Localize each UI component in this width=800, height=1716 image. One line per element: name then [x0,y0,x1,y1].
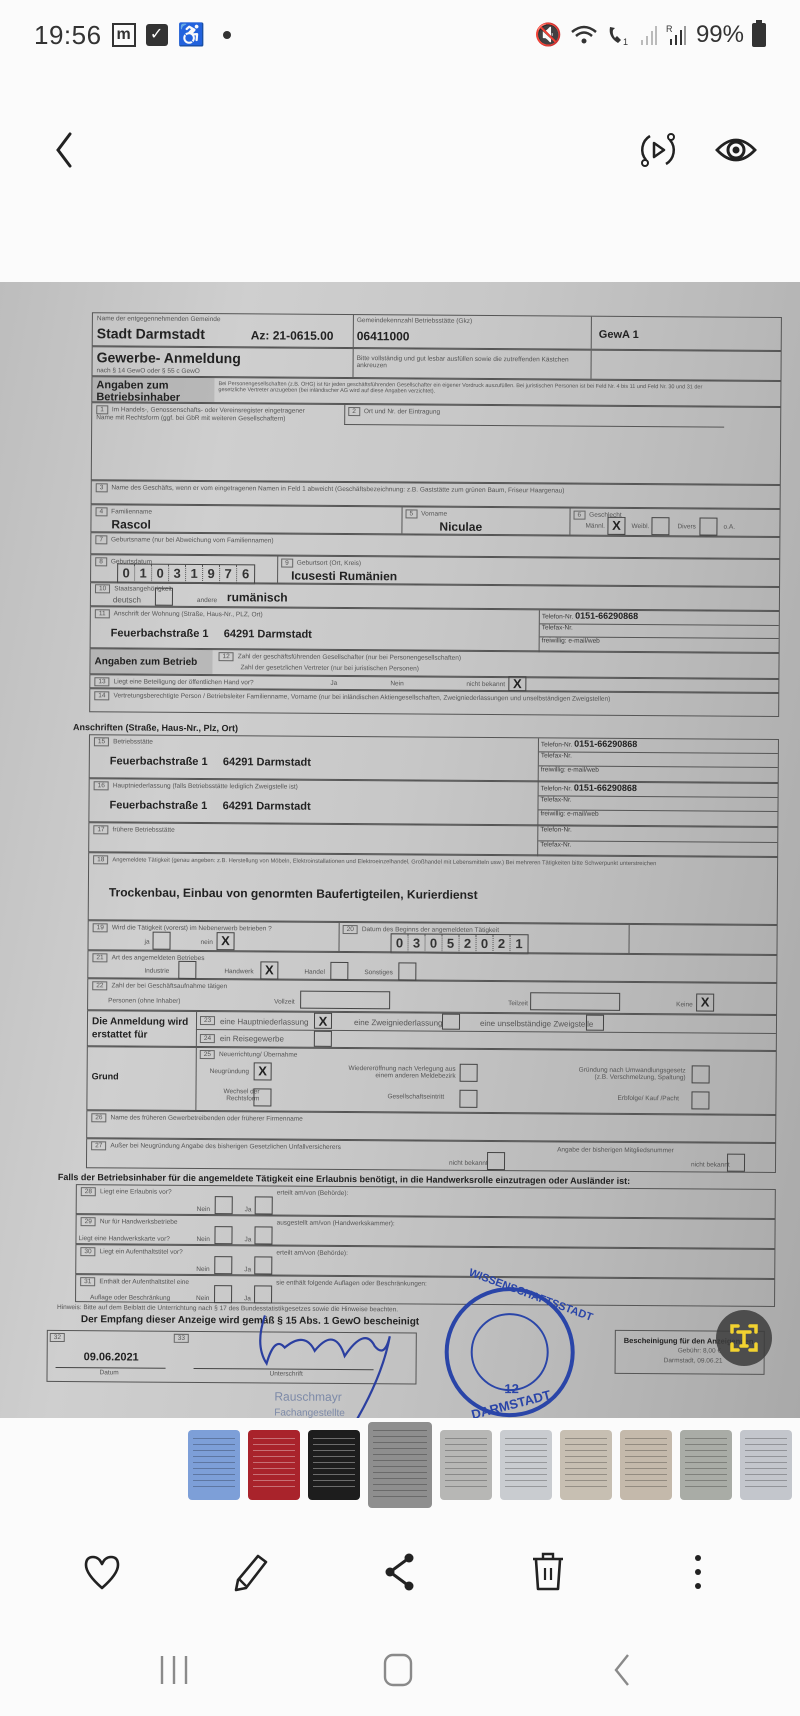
date-digit: 7 [220,565,237,583]
home-address: Feuerbachstraße 1 64291 Darmstadt [111,627,312,640]
residence-issued-label: erteilt am/von (Behörde): [276,1250,348,1257]
mute-vibrate-icon: 🔇 [535,22,562,48]
wifi-calling-icon: 1 [606,23,632,47]
thumbnail-strip[interactable] [0,1428,800,1508]
conversion-law-label: Gründung nach Umwandlungsgesetz (z.B. Ve… [576,1067,686,1082]
addresses-header: Anschriften (Straße, Haus-Nr., Plz, Ort) [73,722,238,733]
field-12-label-a: Zahl der geschäftsführenden Gesellschaft… [238,653,461,662]
date-digit: 0 [118,564,135,582]
date-digit: 2 [459,935,476,953]
member-unknown-label: nicht bekannt [691,1161,730,1168]
date-digit: 2 [493,935,510,953]
field-32-number: 32 [50,1333,65,1342]
svg-text:1: 1 [623,37,628,47]
reason-label: Grund [92,1071,119,1081]
thumbnail-content [313,1438,355,1492]
thumbnail-3[interactable] [308,1430,360,1500]
field-17-label: frühere Betriebsstätte [113,826,175,833]
remaster-icon [636,128,680,172]
file-reference: Az: 21-0615.00 [251,328,334,343]
public-no-label: Nein [390,680,403,687]
thumbnail-7[interactable] [560,1430,612,1500]
system-back-button[interactable] [602,1652,642,1688]
date-digit: 9 [203,565,220,583]
permit-no-checkbox[interactable] [215,1196,233,1214]
dependent-branch-checkbox[interactable] [586,1015,604,1031]
thumbnail-1[interactable] [188,1430,240,1500]
field-19-label: Wird die Tätigkeit (vorerst) im Nebenerw… [112,924,272,932]
eye-icon [714,128,758,172]
parttime-label: Teilzeit [508,1000,528,1007]
none-label: Keine [676,1001,693,1008]
inheritance-checkbox[interactable] [691,1091,709,1109]
thumbnail-content [745,1438,787,1492]
checkbox-app-icon: ✓ [146,24,168,46]
residence-yes-label: Ja [244,1266,251,1273]
field-3-label: Name des Geschäfts, wenn er vom eingetra… [111,484,564,494]
certificate-fee: Gebühr: 8,00 € [678,1347,721,1354]
birth-date: 01031976 [117,563,255,584]
phone-label: Telefon-Nr. [538,826,777,843]
public-unknown-label: nicht bekannt [466,681,505,688]
view-button[interactable] [714,128,758,172]
sideline-no-checkbox[interactable]: X [216,932,234,950]
field-30-label: Liegt ein Aufenthaltstitel vor? [100,1248,183,1256]
system-navigation-bar [0,1640,800,1700]
date-digit: 6 [237,565,254,583]
thumbnail-2[interactable] [248,1430,300,1500]
fill-hint: Bitte vollständig und gut lesbar ausfüll… [357,355,587,371]
field-1-label: Im Handels-, Genossenschafts- oder Verei… [96,406,305,422]
registration-for-label: Die Anmeldung wird erstattet für [92,1015,192,1042]
gender-na-label: o.A. [723,524,735,531]
remaster-button[interactable] [636,128,680,172]
field-12-label-b: Zahl der gesetzlichen Vertreter (nur bei… [240,664,419,672]
hq-phone: 0151-66290868 [574,783,637,793]
back-icon [42,128,86,172]
field-2-label: Ort und Nr. der Eintragung [364,408,440,416]
thumbnail-5[interactable] [440,1430,492,1500]
hq-address: Feuerbachstraße 1 64291 Darmstadt [109,799,310,812]
field-33-number: 33 [174,1334,189,1343]
recents-icon [154,1652,194,1688]
viewer-toolbar [0,110,800,190]
action-bar [0,1540,800,1600]
member-unknown-checkbox[interactable] [727,1154,745,1172]
svg-text:R: R [666,24,673,34]
back-button[interactable] [42,128,86,172]
owner-section-title: Angaben zum Betriebsinhaber [96,379,206,404]
heart-icon [80,1550,124,1594]
type-other-checkbox[interactable] [398,962,416,980]
more-options-button[interactable] [676,1550,720,1594]
municipality-label: Name der entgegennehmenden Gemeinde [97,315,221,323]
m-app-icon: m [112,23,136,47]
type-industry-label: Industrie [144,968,169,975]
field-5-label: Vorname [421,511,447,518]
business-address: Feuerbachstraße 1 64291 Darmstadt [110,755,311,768]
public-yes-label: Ja [330,680,337,687]
owner-note: Bei Personengesellschaften (z.B. OHG) is… [218,381,718,396]
conversion-law-checkbox[interactable] [692,1065,710,1083]
form-id: GewA 1 [599,329,639,341]
surname: Rascol [111,517,150,531]
field-11-label: Anschrift der Wohnung (Straße, Haus-Nr.,… [114,610,263,618]
date-digit: 3 [169,565,186,583]
gewerbe-anmeldung-form: Name der entgegennehmenden Gemeinde Stad… [54,304,792,1418]
trash-icon [526,1550,570,1594]
municipality-key-label: Gemeindekennzahl Betriebsstätte (Gkz) [357,317,472,325]
sideline-no-label: nein [201,939,213,946]
legal-form-change-checkbox[interactable] [253,1088,271,1106]
insurer-unknown-checkbox[interactable] [487,1152,505,1170]
branch-checkbox[interactable] [442,1014,460,1030]
restrictions-issued-label: sie enthält folgende Auflagen oder Besch… [276,1280,427,1288]
phone-label: Telefon-Nr. [541,785,572,792]
certificate-place-date: Darmstadt, 09.06.21 [664,1357,723,1364]
crafts-card-issued-label: ausgestellt am/von (Handwerkskammer): [277,1220,395,1228]
itinerant-trade-checkbox[interactable] [314,1031,332,1047]
employees-persons-label: Personen (ohne Inhaber) [108,997,180,1005]
field-25-label: Neuerrichtung/ Übernahme [219,1051,297,1059]
field-31-label: Enthält der Aufenthaltstitel eine [99,1278,189,1286]
parttime-count-field[interactable] [530,992,620,1011]
sideline-yes-label: ja [145,939,150,946]
fulltime-count-field[interactable] [300,991,390,1010]
date-digit: 1 [186,565,203,583]
home-phone: 0151-66290868 [575,611,638,621]
date-digit: 1 [135,565,152,583]
status-bar: 19:56 m ✓ ♿ 🔇 1 R 99% [0,0,800,70]
branch-label: eine Zweigniederlassung [354,1018,443,1028]
field-22-label: Zahl der bei Geschäftsaufnahme tätigen [111,982,227,990]
activity: Trockenbau, Einbau von genormten Baufert… [109,885,478,902]
first-name: Niculae [439,520,482,534]
home-icon [378,1652,418,1688]
permit-yes-checkbox[interactable] [255,1196,273,1214]
type-industry-checkbox[interactable] [178,961,196,979]
public-unknown-checkbox[interactable]: X [508,676,526,691]
gender-male-checkbox[interactable]: X [607,517,625,535]
residence-no-label: Nein [196,1266,209,1273]
date-digit: 1 [510,935,527,953]
none-checkbox[interactable]: X [696,993,714,1011]
field-9-label: Geburtsort (Ort, Kreis) [297,560,361,567]
recents-button[interactable] [154,1652,194,1688]
back-icon [602,1652,642,1688]
date-digit: 0 [425,935,442,953]
reopening-checkbox[interactable] [460,1064,478,1082]
residence-no-checkbox[interactable] [214,1256,232,1274]
signal-icon [640,23,658,47]
birth-place: Icusesti Rumänien [291,569,397,584]
thumbnail-content [505,1438,547,1492]
municipality: Stadt Darmstadt [97,325,205,342]
main-branch-checkbox[interactable]: X [314,1013,332,1029]
favorite-button[interactable] [80,1550,124,1594]
date-digit: 0 [152,565,169,583]
share-icon [378,1550,422,1594]
more-vert-icon [676,1550,720,1594]
type-other-label: Sonstiges [364,969,393,976]
field-28-label: Liegt eine Erlaubnis vor? [100,1188,172,1195]
crafts-no-checkbox[interactable] [214,1226,232,1244]
thumbnail-content [625,1438,667,1492]
email-label: freiwillig: e-mail/web [539,766,778,782]
reopening-label: Wiedereröffnung nach Verlegung aus einem… [336,1065,456,1080]
crafts-yes-label: Ja [244,1236,251,1243]
extract-text-button[interactable] [716,1310,772,1366]
delete-button[interactable] [526,1550,570,1594]
field-4-label: Familienname [111,508,152,515]
date-digit: 5 [442,935,459,953]
home-button[interactable] [378,1652,418,1688]
type-trade-checkbox[interactable] [330,962,348,980]
dependent-branch-label: eine unselbständige Zweigstelle [480,1019,593,1029]
insurer-unknown-label: nicht bekannt [449,1160,488,1167]
thumbnail-8[interactable] [620,1430,672,1500]
municipality-key: 06411000 [357,329,410,343]
member-number-label: Angabe der bisherigen Mitgliedsnummer [557,1146,674,1154]
type-crafts-checkbox[interactable]: X [260,961,278,979]
accessibility-icon: ♿ [178,22,205,48]
main-branch-label: eine Hauptniederlassung [220,1017,309,1027]
nationality-german-label: deutsch [113,595,141,604]
thumbnail-content [193,1438,235,1492]
permit-no-label: Nein [197,1206,210,1213]
thumbnail-content [565,1438,607,1492]
nationality: rumänisch [227,590,288,604]
type-trade-label: Handel [304,969,325,976]
field-14-label: Vertretungsberechtigte Person / Betriebs… [113,692,610,702]
email-label: freiwillig: e-mail/web [540,637,779,652]
wifi-icon [570,23,598,47]
email-label: freiwillig: e-mail/web [538,810,777,826]
gender-female-checkbox[interactable] [651,517,669,535]
stamp-number: 12 [504,1381,519,1396]
date-digit: 0 [476,935,493,953]
thumbnail-9[interactable] [680,1430,732,1500]
partnership-entry-checkbox[interactable] [459,1090,477,1108]
residence-yes-checkbox[interactable] [254,1256,272,1274]
nationality-german-checkbox[interactable] [155,588,173,606]
filing-date: 09.06.2021 [84,1351,139,1363]
restriction-label: Auflage oder Beschränkung [90,1294,170,1302]
new-founding-checkbox[interactable]: X [254,1062,272,1080]
field-7-label: Geburtsname (nur bei Abweichung vom Fami… [111,536,274,544]
edit-button[interactable] [228,1550,272,1594]
thumbnail-4[interactable] [368,1422,432,1508]
field-27-label: Außer bei Neugründung Angabe des bisheri… [110,1142,341,1151]
itinerant-trade-label: ein Reisegewerbe [220,1034,284,1043]
more-notifications-dot [223,31,231,39]
gender-diverse-checkbox[interactable] [699,517,717,535]
date-label: Datum [100,1369,119,1376]
field-13-label: Liegt eine Beteiligung der öffentlichen … [114,678,254,686]
battery-percent: 99% [696,21,744,49]
gender-diverse-label: Divers [677,523,695,530]
field-15-label: Betriebsstätte [113,738,153,745]
crafts-card-label: Liegt eine Handwerkskarte vor? [78,1235,169,1243]
partnership-entry-label: Gesellschaftseintritt [387,1093,444,1100]
type-crafts-label: Handwerk [224,968,253,975]
permit-yes-label: Ja [245,1206,252,1213]
thumbnail-content [685,1438,727,1492]
crafts-no-label: Nein [196,1236,209,1243]
form-subtitle: nach § 14 GewO oder § 55 c GewO [97,367,200,375]
fulltime-label: Vollzeit [274,998,295,1005]
business-section-title: Angaben zum Betrieb [94,656,197,668]
sideline-yes-checkbox[interactable] [152,932,170,950]
coat-of-arms-icon [470,1313,549,1392]
gender-female-label: Weibl. [631,523,649,530]
business-phone: 0151-66290868 [574,739,637,749]
restriction-no-label: Nein [196,1295,209,1302]
date-digit: 3 [408,934,425,952]
field-26-label: Name des früheren Gewerbetreibenden oder… [111,1114,303,1122]
nationality-other-label: andere [197,597,217,604]
official-stamp: WISSENSCHAFTSSTADT 12 DARMSTADT [444,1287,575,1418]
crafts-yes-checkbox[interactable] [254,1226,272,1244]
share-button[interactable] [378,1550,422,1594]
clock: 19:56 [34,20,102,51]
text-extract-icon [716,1310,772,1366]
battery-icon [752,23,766,47]
permit-issued-label: erteilt am/von (Behörde): [277,1190,349,1197]
field-18-label: Angemeldete Tätigkeit (genau angeben: z.… [112,857,656,867]
inheritance-label: Erbfolge/ Kauf /Pacht [617,1095,678,1102]
thumbnail-content [253,1438,295,1492]
new-founding-label: Neugründung [210,1068,249,1075]
thumbnail-10[interactable] [740,1430,792,1500]
roaming-signal-icon: R [666,23,688,47]
phone-label: Telefon-Nr. [541,741,572,748]
form-title: Gewerbe- Anmeldung [97,349,241,366]
date-digit: 0 [391,934,408,952]
thumbnail-content [445,1438,487,1492]
photo-viewer[interactable]: Name der entgegennehmenden Gemeinde Stad… [0,282,800,1418]
thumbnail-6[interactable] [500,1430,552,1500]
phone-label: Telefon-Nr. [542,613,573,620]
gender-male-label: Männl. [585,523,605,530]
start-date: 03052021 [390,933,528,954]
pencil-icon [228,1550,272,1594]
thumbnail-content [373,1430,427,1500]
signature-ink [214,1295,455,1418]
field-29-label: Nur für Handwerksbetriebe [100,1218,178,1226]
field-16-label: Hauptniederlassung (falls Betriebsstätte… [113,782,298,790]
